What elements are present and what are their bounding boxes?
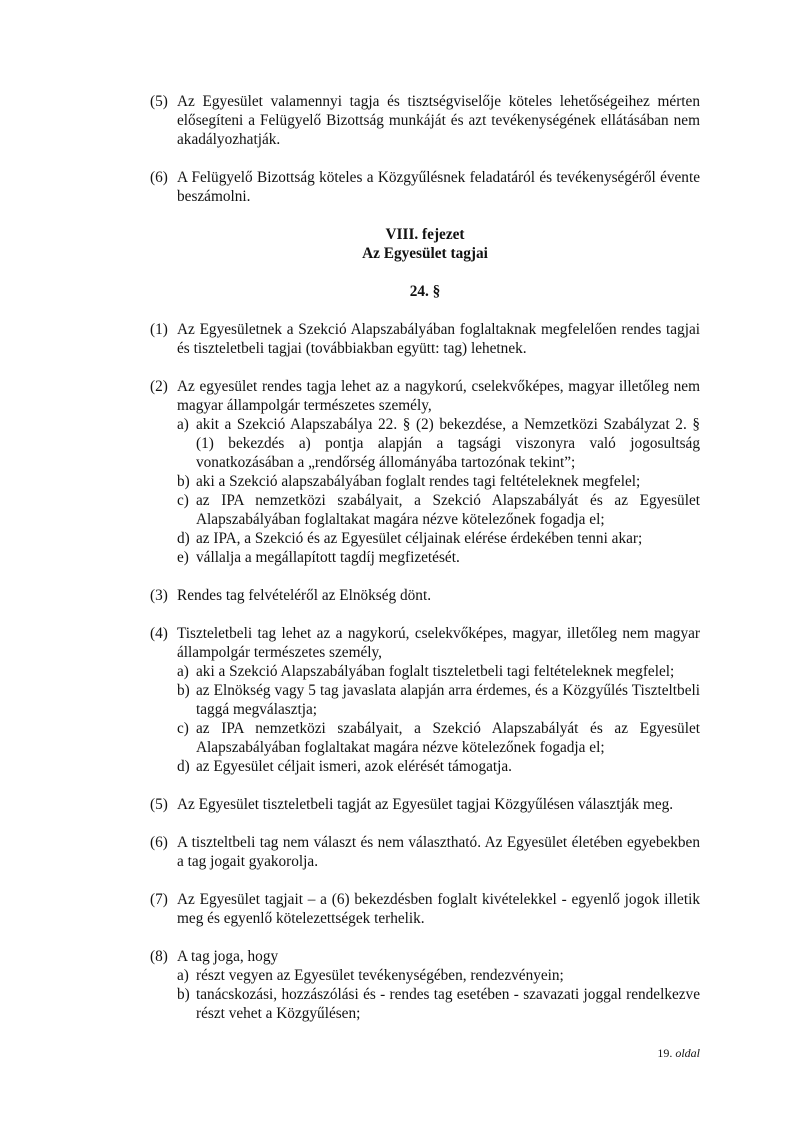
paragraph-number: (8) — [150, 947, 168, 966]
document-page: (5)Az Egyesület valamennyi tagja és tisz… — [150, 92, 700, 1042]
list-item-label: d) — [177, 757, 190, 776]
paragraph-number: (6) — [150, 168, 168, 187]
paragraph: (7)Az Egyesület tagjait – a (6) bekezdés… — [150, 890, 700, 928]
list-item-label: b) — [177, 985, 190, 1004]
paragraph: (2)Az egyesület rendes tagja lehet az a … — [150, 377, 700, 567]
list-item: b)az Elnökség vagy 5 tag javaslata alapj… — [177, 681, 700, 719]
list-item-label: c) — [177, 719, 189, 738]
list-item-text: aki a Szekció alapszabályában foglalt re… — [196, 473, 640, 490]
chapter-heading: VIII. fejezet Az Egyesület tagjai — [150, 225, 700, 263]
list-item-label: b) — [177, 472, 190, 491]
list-item-label: c) — [177, 491, 189, 510]
list-item: b)tanácskozási, hozzászólási és - rendes… — [177, 985, 700, 1023]
paragraph-number: (3) — [150, 586, 168, 605]
paragraph-text: Tiszteletbeli tag lehet az a nagykorú, c… — [177, 624, 700, 662]
list-item-text: akit a Szekció Alapszabálya 22. § (2) be… — [196, 416, 700, 471]
paragraph-number: (4) — [150, 624, 168, 643]
list-item-text: az IPA nemzetközi szabályait, a Szekció … — [196, 492, 700, 528]
list-item-text: vállalja a megállapított tagdíj megfizet… — [196, 549, 460, 566]
list-item: d)az IPA, a Szekció és az Egyesület célj… — [177, 529, 700, 548]
list-item: a)részt vegyen az Egyesület tevékenységé… — [177, 966, 700, 985]
list-item-text: aki a Szekció Alapszabályában foglalt ti… — [196, 663, 674, 680]
section-number: 24. § — [150, 282, 700, 301]
paragraph-number: (2) — [150, 377, 168, 396]
paragraph: (8)A tag joga, hogya)részt vegyen az Egy… — [150, 947, 700, 1023]
list-item: d)az Egyesület céljait ismeri, azok elér… — [177, 757, 700, 776]
list-item-label: a) — [177, 415, 189, 434]
paragraph-text: Az Egyesület tagjait – a (6) bekezdésben… — [177, 890, 700, 928]
paragraph-text: Az Egyesület tiszteletbeli tagját az Egy… — [177, 795, 700, 814]
list-item: c)az IPA nemzetközi szabályait, a Szekci… — [177, 491, 700, 529]
paragraph-text: A Felügyelő Bizottság köteles a Közgyűlé… — [177, 168, 700, 206]
paragraph: (5)Az Egyesület tiszteletbeli tagját az … — [150, 795, 700, 814]
list-item: a)aki a Szekció Alapszabályában foglalt … — [177, 662, 700, 681]
paragraph: (6)A tiszteltbeli tag nem választ és nem… — [150, 833, 700, 871]
page-word: oldal — [675, 1046, 700, 1060]
list-item-label: e) — [177, 548, 189, 567]
paragraph-text: Rendes tag felvételéről az Elnökség dönt… — [177, 586, 700, 605]
list-item: e)vállalja a megállapított tagdíj megfiz… — [177, 548, 700, 567]
chapter-number: VIII. fejezet — [150, 225, 700, 244]
paragraph-text: A tag joga, hogy — [177, 947, 700, 966]
list-item-text: részt vegyen az Egyesület tevékenységébe… — [196, 967, 564, 984]
paragraph-number: (5) — [150, 92, 168, 111]
paragraph-text: Az egyesület rendes tagja lehet az a nag… — [177, 377, 700, 415]
page-number: 19. — [657, 1046, 672, 1060]
list-item-text: tanácskozási, hozzászólási és - rendes t… — [196, 986, 700, 1022]
paragraph-number: (1) — [150, 320, 168, 339]
paragraph-number: (5) — [150, 795, 168, 814]
list-item: a)akit a Szekció Alapszabálya 22. § (2) … — [177, 415, 700, 472]
paragraph: (1)Az Egyesületnek a Szekció Alapszabály… — [150, 320, 700, 358]
chapter-title: Az Egyesület tagjai — [150, 244, 700, 263]
section-paragraphs: (1)Az Egyesületnek a Szekció Alapszabály… — [150, 320, 700, 1023]
list-item-text: az Egyesület céljait ismeri, azok elérés… — [196, 758, 512, 775]
paragraph: (4)Tiszteletbeli tag lehet az a nagykorú… — [150, 624, 700, 776]
list-item: c)az IPA nemzetközi szabályait, a Szekci… — [177, 719, 700, 757]
list-item-label: a) — [177, 662, 189, 681]
paragraph: (5)Az Egyesület valamennyi tagja és tisz… — [150, 92, 700, 149]
list-item: b)aki a Szekció alapszabályában foglalt … — [177, 472, 700, 491]
list-item-text: az IPA, a Szekció és az Egyesület céljai… — [196, 530, 642, 547]
list-item-label: b) — [177, 681, 190, 700]
paragraph: (3)Rendes tag felvételéről az Elnökség d… — [150, 586, 700, 605]
list-item-text: az IPA nemzetközi szabályait, a Szekció … — [196, 720, 700, 756]
list-item-label: a) — [177, 966, 189, 985]
previous-section-paragraphs: (5)Az Egyesület valamennyi tagja és tisz… — [150, 92, 700, 206]
paragraph-text: Az Egyesület valamennyi tagja és tisztsé… — [177, 92, 700, 149]
paragraph-text: Az Egyesületnek a Szekció Alapszabályába… — [177, 320, 700, 358]
paragraph-number: (6) — [150, 833, 168, 852]
list-item-text: az Elnökség vagy 5 tag javaslata alapján… — [196, 682, 700, 718]
paragraph-text: A tiszteltbeli tag nem választ és nem vá… — [177, 833, 700, 871]
list-item-label: d) — [177, 529, 190, 548]
paragraph-number: (7) — [150, 890, 168, 909]
paragraph: (6)A Felügyelő Bizottság köteles a Közgy… — [150, 168, 700, 206]
page-footer: 19. oldal — [600, 1046, 700, 1061]
